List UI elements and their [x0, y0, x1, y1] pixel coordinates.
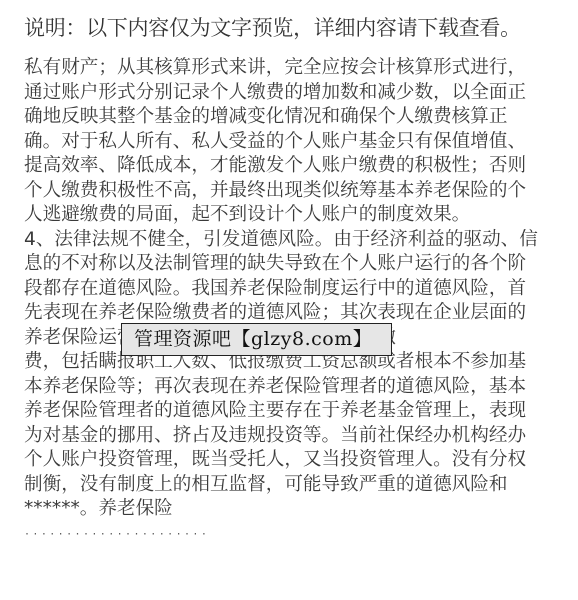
- text-line: 养老保险管理者的道德风险主要存在于养老基金管理上，表现: [24, 399, 544, 424]
- text-line: 人逃避缴费的局面，起不到设计个人账户的制度效果。: [24, 203, 544, 228]
- text-line: 段都存在道德风险。我国养老保险制度运行中的道德风险，首: [24, 277, 544, 302]
- preview-notice-title: 说明：以下内容仅为文字预览，详细内容请下载查看。: [24, 14, 521, 42]
- text-line: 私有财产；从其核算形式来讲，完全应按会计核算形式进行，: [24, 56, 544, 81]
- text-line: 4、法律法规不健全，引发道德风险。由于经济利益的驱动、信: [24, 228, 544, 253]
- truncation-dots: ······················: [24, 528, 544, 542]
- text-line: 通过账户形式分别记录个人缴费的增加数和减少数，以全面正: [24, 81, 544, 106]
- text-line: 先表现在养老保险缴费者的道德风险；其次表现在企业层面的: [24, 301, 544, 326]
- watermark-banner: 管理资源吧【glzy8.com】: [121, 323, 392, 356]
- text-line: 确地反映其整个基金的增减变化情况和确保个人缴费核算正: [24, 105, 544, 130]
- text-line: ******。养老保险: [24, 497, 544, 522]
- text-line: 个人账户投资管理，既当受托人，又当投资管理人。没有分权: [24, 448, 544, 473]
- text-line: 确。对于私人所有、私人受益的个人账户基金只有保值增值、: [24, 130, 544, 155]
- text-line: 制衡，没有制度上的相互监督，可能导致严重的道德风险和: [24, 473, 544, 498]
- text-line: 个人缴费积极性不高，并最终出现类似统筹基本养老保险的个: [24, 179, 544, 204]
- text-line: 息的不对称以及法制管理的缺失导致在个人账户运行的各个阶: [24, 252, 544, 277]
- text-line: 提高效率、降低成本，才能激发个人账户缴费的积极性；否则: [24, 154, 544, 179]
- text-line: 本养老保险等；再次表现在养老保险管理者的道德风险，基本: [24, 375, 544, 400]
- text-line: 为对基金的挪用、挤占及违规投资等。当前社保经办机构经办: [24, 424, 544, 449]
- document-body: 私有财产；从其核算形式来讲，完全应按会计核算形式进行， 通过账户形式分别记录个人…: [24, 56, 544, 542]
